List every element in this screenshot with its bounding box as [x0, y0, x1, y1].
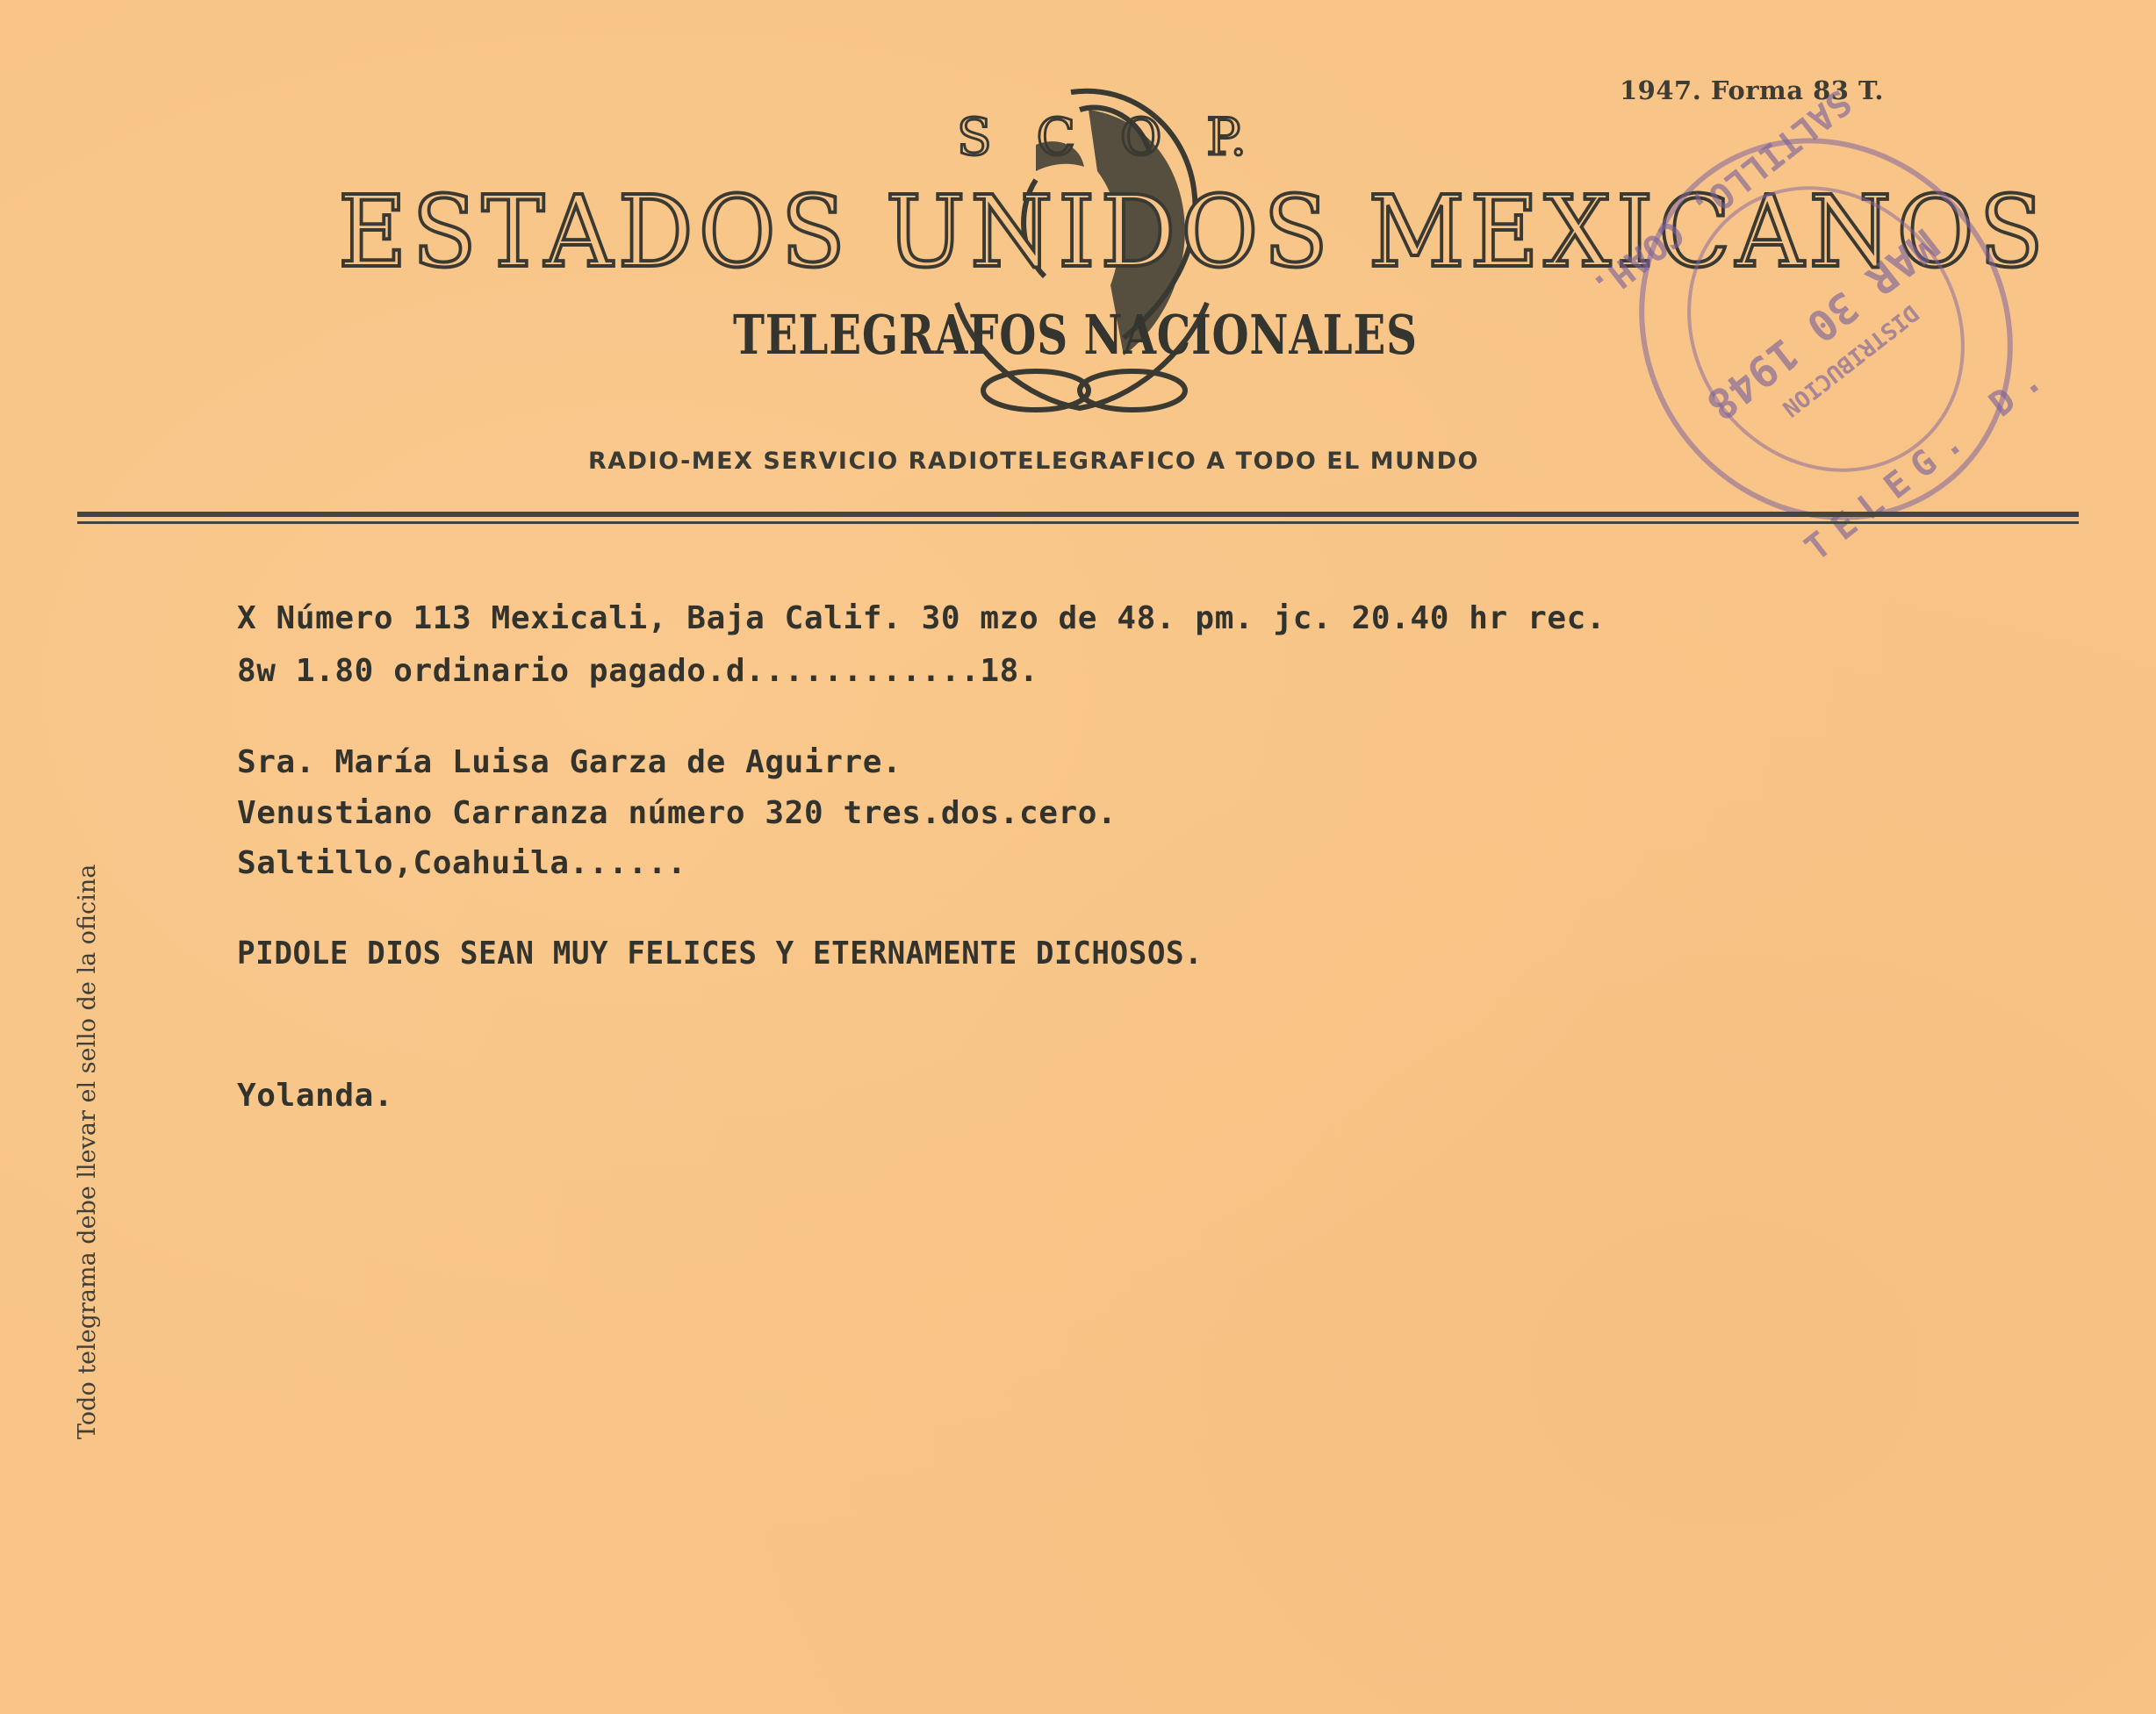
scop-letters: S C O P. [957, 107, 1247, 167]
emblem-letter: O [1120, 107, 1162, 167]
side-note: Todo telegrama debe llevar el sello de l… [74, 864, 101, 1439]
message-body: PIDOLE DIOS SEAN MUY FELICES Y ETERNAMEN… [237, 936, 1203, 972]
header-divider-thin [77, 521, 2079, 524]
service-line: RADIO-MEX SERVICIO RADIOTELEGRAFICO A TO… [588, 448, 1479, 475]
emblem-letter: P. [1206, 107, 1247, 167]
recipient-address: Venustiano Carranza número 320 tres.dos.… [237, 795, 1117, 831]
preamble-line-1: X Número 113 Mexicali, Baja Calif. 30 mz… [237, 600, 1606, 636]
preamble-line-2: 8w 1.80 ordinario pagado.d............18… [237, 653, 1038, 689]
recipient-city: Saltillo,Coahuila...... [237, 845, 686, 881]
emblem-letter: S [957, 107, 992, 167]
recipient-name: Sra. María Luisa Garza de Aguirre. [237, 744, 902, 780]
page-subtitle: TELEGRAFOS NACIONALES [733, 303, 1418, 367]
page-title: ESTADOS UNIDOS MEXICANOS [338, 176, 1787, 290]
signature: Yolanda. [237, 1078, 393, 1114]
emblem-letter: C [1037, 107, 1075, 167]
header-divider-thick [77, 512, 2079, 517]
